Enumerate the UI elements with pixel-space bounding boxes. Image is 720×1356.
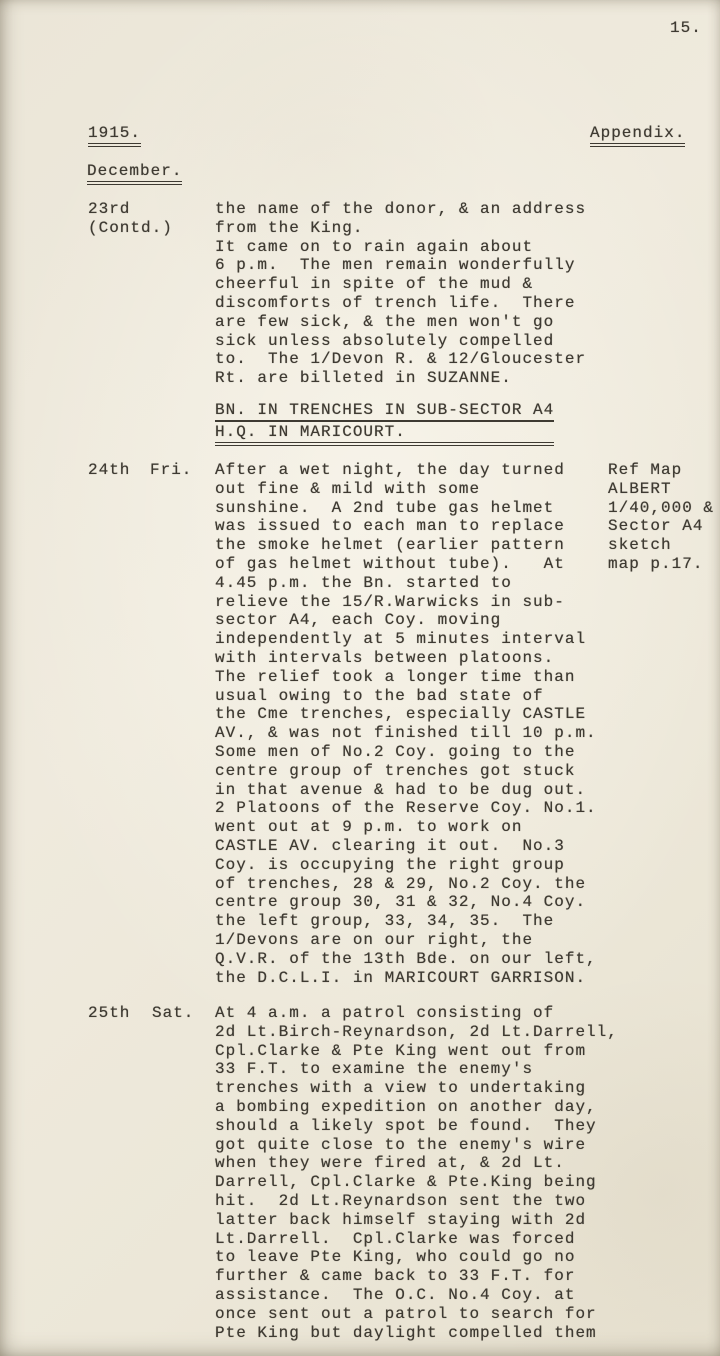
text-line: to leave Pte King, who could go no [215, 1248, 618, 1267]
text-line: ALBERT [608, 480, 714, 499]
text-line: Pte King but daylight compelled them [215, 1324, 618, 1343]
text-line: 2d Lt.Birch-Reynardson, 2d Lt.Darrell, [215, 1023, 618, 1042]
text-line: CASTLE AV. clearing it out. No.3 [215, 837, 597, 856]
text-line: to. The 1/Devon R. & 12/Gloucester [215, 350, 586, 369]
text-line: sick unless absolutely compelled [215, 332, 586, 351]
text-line: 33 F.T. to examine the enemy's [215, 1060, 618, 1079]
month-heading: December. [87, 162, 182, 185]
text-line: 4.45 p.m. the Bn. started to [215, 574, 597, 593]
month-heading-wrap: December. [87, 162, 182, 185]
text-line: should a likely spot be found. They [215, 1117, 618, 1136]
entry-24-date-column: 24th [88, 461, 130, 480]
section-heading-line1: BN. IN TRENCHES IN SUB-SECTOR A4 [215, 401, 554, 422]
text-line: the left group, 33, 34, 35. The [215, 912, 597, 931]
text-line: Sector A4 [608, 517, 714, 536]
entry-23-text: the name of the donor, & an addressfrom … [215, 200, 586, 388]
entry-25-text: At 4 a.m. a patrol consisting of2d Lt.Bi… [215, 1004, 618, 1342]
text-line: 6 p.m. The men remain wonderfully [215, 256, 586, 275]
text-line: discomforts of trench life. There [215, 294, 586, 313]
text-line: sector A4, each Coy. moving [215, 611, 597, 630]
appendix-heading-wrap: Appendix. [590, 124, 685, 147]
entry-24-day-column: Fri. [150, 461, 192, 480]
text-line: got quite close to the enemy's wire [215, 1136, 618, 1155]
text-line: sunshine. A 2nd tube gas helmet [215, 499, 597, 518]
text-line: centre group 30, 31 & 32, No.4 Coy. [215, 893, 597, 912]
text-line: of gas helmet without tube). At [215, 555, 597, 574]
text-line: usual owing to the bad state of [215, 687, 597, 706]
text-line: The relief took a longer time than [215, 668, 597, 687]
text-line: the smoke helmet (earlier pattern [215, 536, 597, 555]
text-line: further & came back to 33 F.T. for [215, 1267, 618, 1286]
section-heading-line2: H.Q. IN MARICOURT. [215, 423, 554, 446]
entry-25-date-column: 25th [88, 1004, 130, 1023]
text-line: After a wet night, the day turned [215, 461, 597, 480]
text-line: relieve the 15/R.Warwicks in sub- [215, 593, 597, 612]
entry-23-date-column: 23rd (Contd.) [88, 200, 173, 238]
entry-25-date: 25th [88, 1004, 130, 1023]
text-line: when they were fired at, & 2d Lt. [215, 1154, 618, 1173]
page-number: 15. [670, 19, 702, 38]
text-line: Ref Map [608, 461, 714, 480]
text-line: Lt.Darrell. Cpl.Clarke was forced [215, 1230, 618, 1249]
section-heading: BN. IN TRENCHES IN SUB-SECTOR A4 H.Q. IN… [215, 401, 554, 446]
text-line: 1/Devons are on our right, the [215, 931, 597, 950]
text-line: the Cme trenches, especially CASTLE [215, 705, 597, 724]
text-line: cheerful in spite of the mud & [215, 275, 586, 294]
text-line: from the King. [215, 219, 586, 238]
text-line: Rt. are billeted in SUZANNE. [215, 369, 586, 388]
text-line: assistance. The O.C. No.4 Coy. at [215, 1286, 618, 1305]
text-line: hit. 2d Lt.Reynardson sent the two [215, 1192, 618, 1211]
text-line: centre group of trenches got stuck [215, 762, 597, 781]
text-line: Darrell, Cpl.Clarke & Pte.King being [215, 1173, 618, 1192]
text-line: of trenches, 28 & 29, No.2 Coy. the [215, 875, 597, 894]
text-line: the D.C.L.I. in MARICOURT GARRISON. [215, 969, 597, 988]
text-line: trenches with a view to undertaking [215, 1079, 618, 1098]
text-line: once sent out a patrol to search for [215, 1305, 618, 1324]
war-diary-page: 15. 1915. Appendix. December. 23rd (Cont… [0, 0, 720, 1356]
text-line: independently at 5 minutes interval [215, 630, 597, 649]
text-line: in that avenue & had to be dug out. [215, 781, 597, 800]
entry-24-day: Fri. [150, 461, 192, 480]
text-line: are few sick, & the men won't go [215, 313, 586, 332]
entry-23-contd-note: (Contd.) [88, 219, 173, 238]
text-line: Cpl.Clarke & Pte King went out from [215, 1042, 618, 1061]
text-line: latter back himself staying with 2d [215, 1211, 618, 1230]
text-line: Coy. is occupying the right group [215, 856, 597, 875]
entry-23-date: 23rd [88, 200, 173, 219]
text-line: Some men of No.2 Coy. going to the [215, 743, 597, 762]
year-heading: 1915. [88, 124, 141, 147]
text-line: went out at 9 p.m. to work on [215, 818, 597, 837]
text-line: 1/40,000 & [608, 499, 714, 518]
text-line: Q.V.R. of the 13th Bde. on our left, [215, 950, 597, 969]
text-line: It came on to rain again about [215, 238, 586, 257]
text-line: sketch [608, 536, 714, 555]
appendix-heading: Appendix. [590, 124, 685, 147]
text-line: At 4 a.m. a patrol consisting of [215, 1004, 618, 1023]
entry-25-day: Sat. [152, 1004, 194, 1023]
text-line: was issued to each man to replace [215, 517, 597, 536]
text-line: 2 Platoons of the Reserve Coy. No.1. [215, 799, 597, 818]
entry-24-date: 24th [88, 461, 130, 480]
text-line: with intervals between platoons. [215, 649, 597, 668]
entry-25-day-column: Sat. [152, 1004, 194, 1023]
text-line: a bombing expedition on another day, [215, 1098, 618, 1117]
text-line: AV., & was not finished till 10 p.m. [215, 724, 597, 743]
text-line: the name of the donor, & an address [215, 200, 586, 219]
text-line: out fine & mild with some [215, 480, 597, 499]
text-line: map p.17. [608, 555, 714, 574]
year-heading-wrap: 1915. [88, 124, 141, 147]
entry-24-text: After a wet night, the day turnedout fin… [215, 461, 597, 987]
margin-note-map-reference: Ref MapALBERT1/40,000 &Sector A4sketchma… [608, 461, 714, 574]
